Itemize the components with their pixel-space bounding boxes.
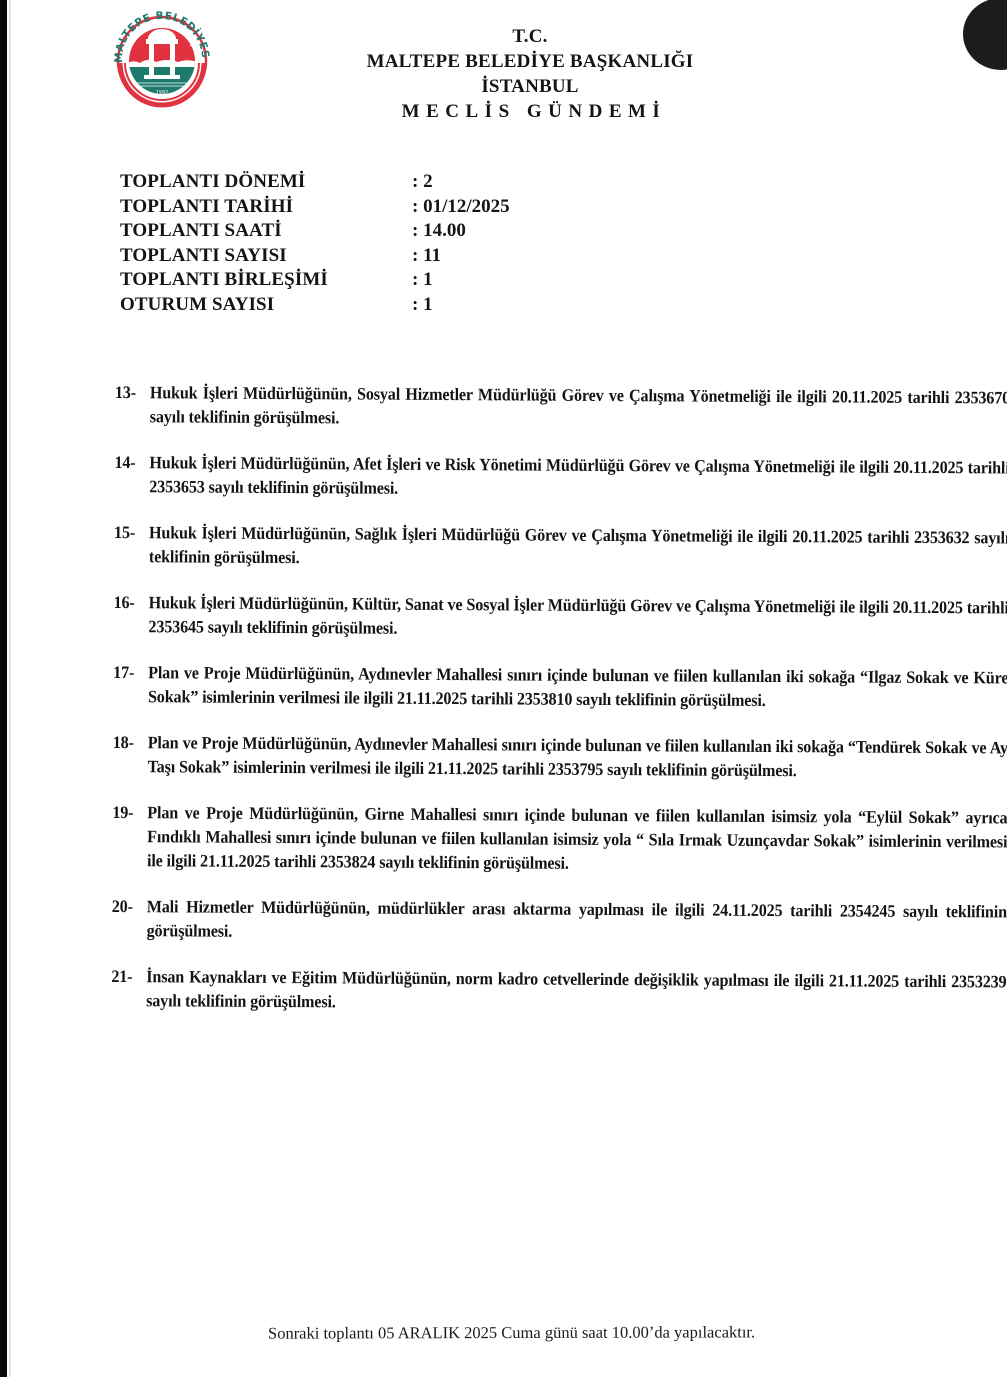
info-row-period: TOPLANTI DÖNEMİ : 2 [120,170,510,195]
agenda-item-number: 18- [113,730,134,754]
agenda-item-text: Hukuk İşleri Müdürlüğünün, Sağlık İşleri… [149,520,1007,573]
agenda-item-number: 20- [112,894,133,918]
agenda-item-text: Mali Hizmetler Müdürlüğünün, müdürlükler… [147,894,1007,947]
info-row-count: TOPLANTI SAYISI : 11 [120,244,510,269]
agenda-item: 17- Plan ve Proje Müdürlüğünün, Aydınevl… [113,660,1007,713]
document-header: T.C. MALTEPE BELEDİYE BAŞKANLIĞI İSTANBU… [330,24,730,124]
info-value: : 2 [412,170,433,195]
scan-page-edge-line [9,0,11,1377]
agenda-item-text: Hukuk İşleri Müdürlüğünün, Kültür, Sanat… [148,590,1007,643]
agenda-item-text: Plan ve Proje Müdürlüğünün, Girne Mahall… [147,800,1007,877]
info-value: : 01/12/2025 [412,195,510,220]
agenda-item-text: Plan ve Proje Müdürlüğünün, Aydınevler M… [148,730,1007,783]
info-label: TOPLANTI TARİHİ [120,195,412,220]
header-municipality: MALTEPE BELEDİYE BAŞKANLIĞI [330,49,730,74]
agenda-item-number: 14- [114,450,135,474]
info-value: : 1 [412,268,433,293]
scan-left-edge [0,0,7,1377]
agenda-item: 13- Hukuk İşleri Müdürlüğünün, Sosyal Hi… [115,380,1007,433]
agenda-list: 13- Hukuk İşleri Müdürlüğünün, Sosyal Hi… [111,380,975,1039]
header-title: MECLİS GÜNDEMİ [330,99,730,124]
header-city: İSTANBUL [330,74,730,99]
agenda-item-number: 16- [114,590,135,614]
info-row-time: TOPLANTI SAATİ : 14.00 [120,219,510,244]
maltepe-emblem-icon: 1992 MALTEPE BELEDİYESİ [108,3,216,109]
next-meeting-note: Sonraki toplantı 05 ARALIK 2025 Cuma gün… [268,1322,755,1343]
info-label: TOPLANTI SAYISI [120,244,412,269]
agenda-item: 15- Hukuk İşleri Müdürlüğünün, Sağlık İş… [114,520,1007,573]
info-label: TOPLANTI DÖNEMİ [120,170,412,195]
info-label: OTURUM SAYISI [120,293,412,318]
info-label: TOPLANTI BİRLEŞİMİ [120,268,412,293]
agenda-item-text: Hukuk İşleri Müdürlüğünün, Sosyal Hizmet… [150,380,1007,433]
agenda-item-number: 17- [113,660,134,684]
header-tc: T.C. [330,24,730,49]
agenda-item-number: 15- [114,520,135,544]
info-value: : 1 [412,293,433,318]
municipality-logo: 1992 MALTEPE BELEDİYESİ [108,3,216,109]
agenda-item: 14- Hukuk İşleri Müdürlüğünün, Afet İşle… [114,450,1007,503]
agenda-item: 18- Plan ve Proje Müdürlüğünün, Aydınevl… [113,730,1007,783]
info-row-session: TOPLANTI BİRLEŞİMİ : 1 [120,268,510,293]
agenda-item: 21- İnsan Kaynakları ve Eğitim Müdürlüğü… [111,964,1006,1017]
agenda-item-text: İnsan Kaynakları ve Eğitim Müdürlüğünün,… [146,964,1006,1017]
info-row-date: TOPLANTI TARİHİ : 01/12/2025 [120,195,510,220]
meeting-info: TOPLANTI DÖNEMİ : 2 TOPLANTI TARİHİ : 01… [120,170,510,317]
agenda-item-text: Plan ve Proje Müdürlüğünün, Aydınevler M… [148,660,1007,713]
agenda-item: 16- Hukuk İşleri Müdürlüğünün, Kültür, S… [113,590,1007,643]
agenda-item-number: 21- [111,964,132,988]
agenda-item-text: Hukuk İşleri Müdürlüğünün, Afet İşleri v… [149,450,1007,503]
agenda-item-number: 19- [112,800,133,824]
info-value: : 14.00 [412,219,466,244]
agenda-item-number: 13- [115,380,136,404]
agenda-item: 19- Plan ve Proje Müdürlüğünün, Girne Ma… [112,800,1007,877]
agenda-item: 20- Mali Hizmetler Müdürlüğünün, müdürlü… [112,894,1007,947]
info-row-sitting: OTURUM SAYISI : 1 [120,293,510,318]
info-value: : 11 [412,244,441,269]
info-label: TOPLANTI SAATİ [120,219,412,244]
scan-corner-shadow [963,0,1007,70]
